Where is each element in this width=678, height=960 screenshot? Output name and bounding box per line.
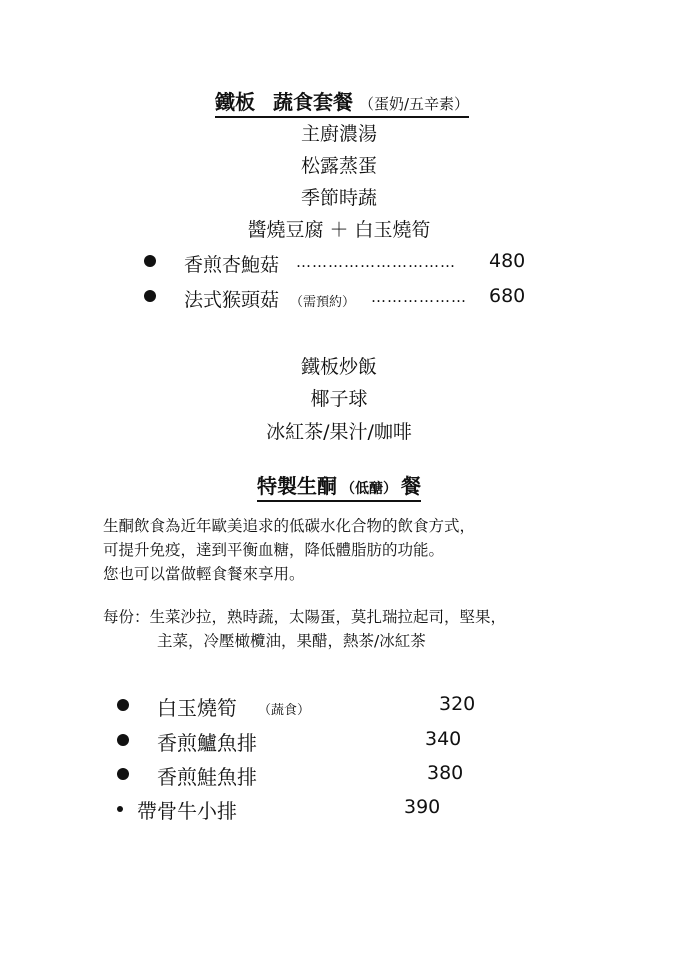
bullet-icon — [144, 255, 156, 267]
dot-leader: ……………… — [371, 288, 467, 306]
serving-contents-1: 生菜沙拉，熟時蔬，太陽蛋，莫扎瑞拉起司，堅果， — [150, 608, 507, 626]
title-keto: 特製生酮 — [257, 474, 337, 498]
title-diet-note: （蛋奶/五辛素） — [359, 95, 469, 113]
course-tofu-bamboo: 醬燒豆腐 ＋ 白玉燒筍 — [0, 215, 678, 242]
course-drinks: 冰紅茶/果汁/咖啡 — [0, 417, 678, 444]
keto-item-note: （蔬食） — [258, 699, 310, 718]
main-item-price: 480 — [489, 250, 525, 272]
course-coconut-ball: 椰子球 — [0, 384, 678, 411]
bullet-icon — [144, 290, 156, 302]
keto-title-underlined: 特製生酮（低醣）餐 — [257, 470, 421, 502]
keto-item-price: 320 — [439, 693, 475, 715]
bullet-icon — [117, 806, 123, 812]
keto-menu-title: 特製生酮（低醣）餐 — [0, 470, 678, 502]
title-low-carb: （低醣） — [341, 481, 397, 497]
serving-label: 每份： — [103, 608, 150, 626]
keto-item-price: 380 — [427, 762, 463, 784]
course-soup: 主廚濃湯 — [0, 119, 678, 146]
title-teppanyaki: 鐵板 — [215, 90, 255, 114]
main-item-name: 法式猴頭菇 — [184, 285, 279, 312]
keto-item-name: 香煎鱸魚排 — [157, 727, 257, 756]
serving-line-1: 每份：生菜沙拉，熟時蔬，太陽蛋，莫扎瑞拉起司，堅果， — [103, 605, 506, 629]
keto-item-name: 香煎鮭魚排 — [157, 761, 257, 790]
course-steamed-egg: 松露蒸蛋 — [0, 151, 678, 178]
keto-description-line: 生酮飲食為近年歐美追求的低碳水化合物的飲食方式， — [103, 514, 475, 538]
bullet-icon — [117, 768, 129, 780]
title-meal: 餐 — [401, 474, 421, 498]
keto-item-price: 390 — [404, 796, 440, 818]
main-item-price: 680 — [489, 285, 525, 307]
title-vegetarian-set: 蔬食套餐 — [273, 90, 353, 114]
main-item-note: （需預約） — [290, 291, 355, 310]
bullet-icon — [117, 734, 129, 746]
keto-item-name: 帶骨牛小排 — [137, 795, 237, 824]
course-seasonal-veg: 季節時蔬 — [0, 183, 678, 210]
keto-item-price: 340 — [425, 728, 461, 750]
set-menu-title: 鐵板蔬食套餐（蛋奶/五辛素） — [0, 86, 678, 118]
bullet-icon — [117, 699, 129, 711]
serving-contents-2: 主菜，冷壓橄欖油，果醋，熱茶/冰紅茶 — [157, 629, 426, 653]
set-menu-title-underlined: 鐵板蔬食套餐（蛋奶/五辛素） — [215, 86, 469, 118]
keto-description-line: 可提升免疫，達到平衡血糖，降低體脂肪的功能。 — [103, 538, 444, 562]
keto-description-line: 您也可以當做輕食餐來享用。 — [103, 562, 305, 586]
course-fried-rice: 鐵板炒飯 — [0, 352, 678, 379]
dot-leader: ………………………… — [296, 253, 456, 271]
main-item-name: 香煎杏鮑菇 — [184, 250, 279, 277]
keto-item-name: 白玉燒筍 — [157, 692, 237, 721]
